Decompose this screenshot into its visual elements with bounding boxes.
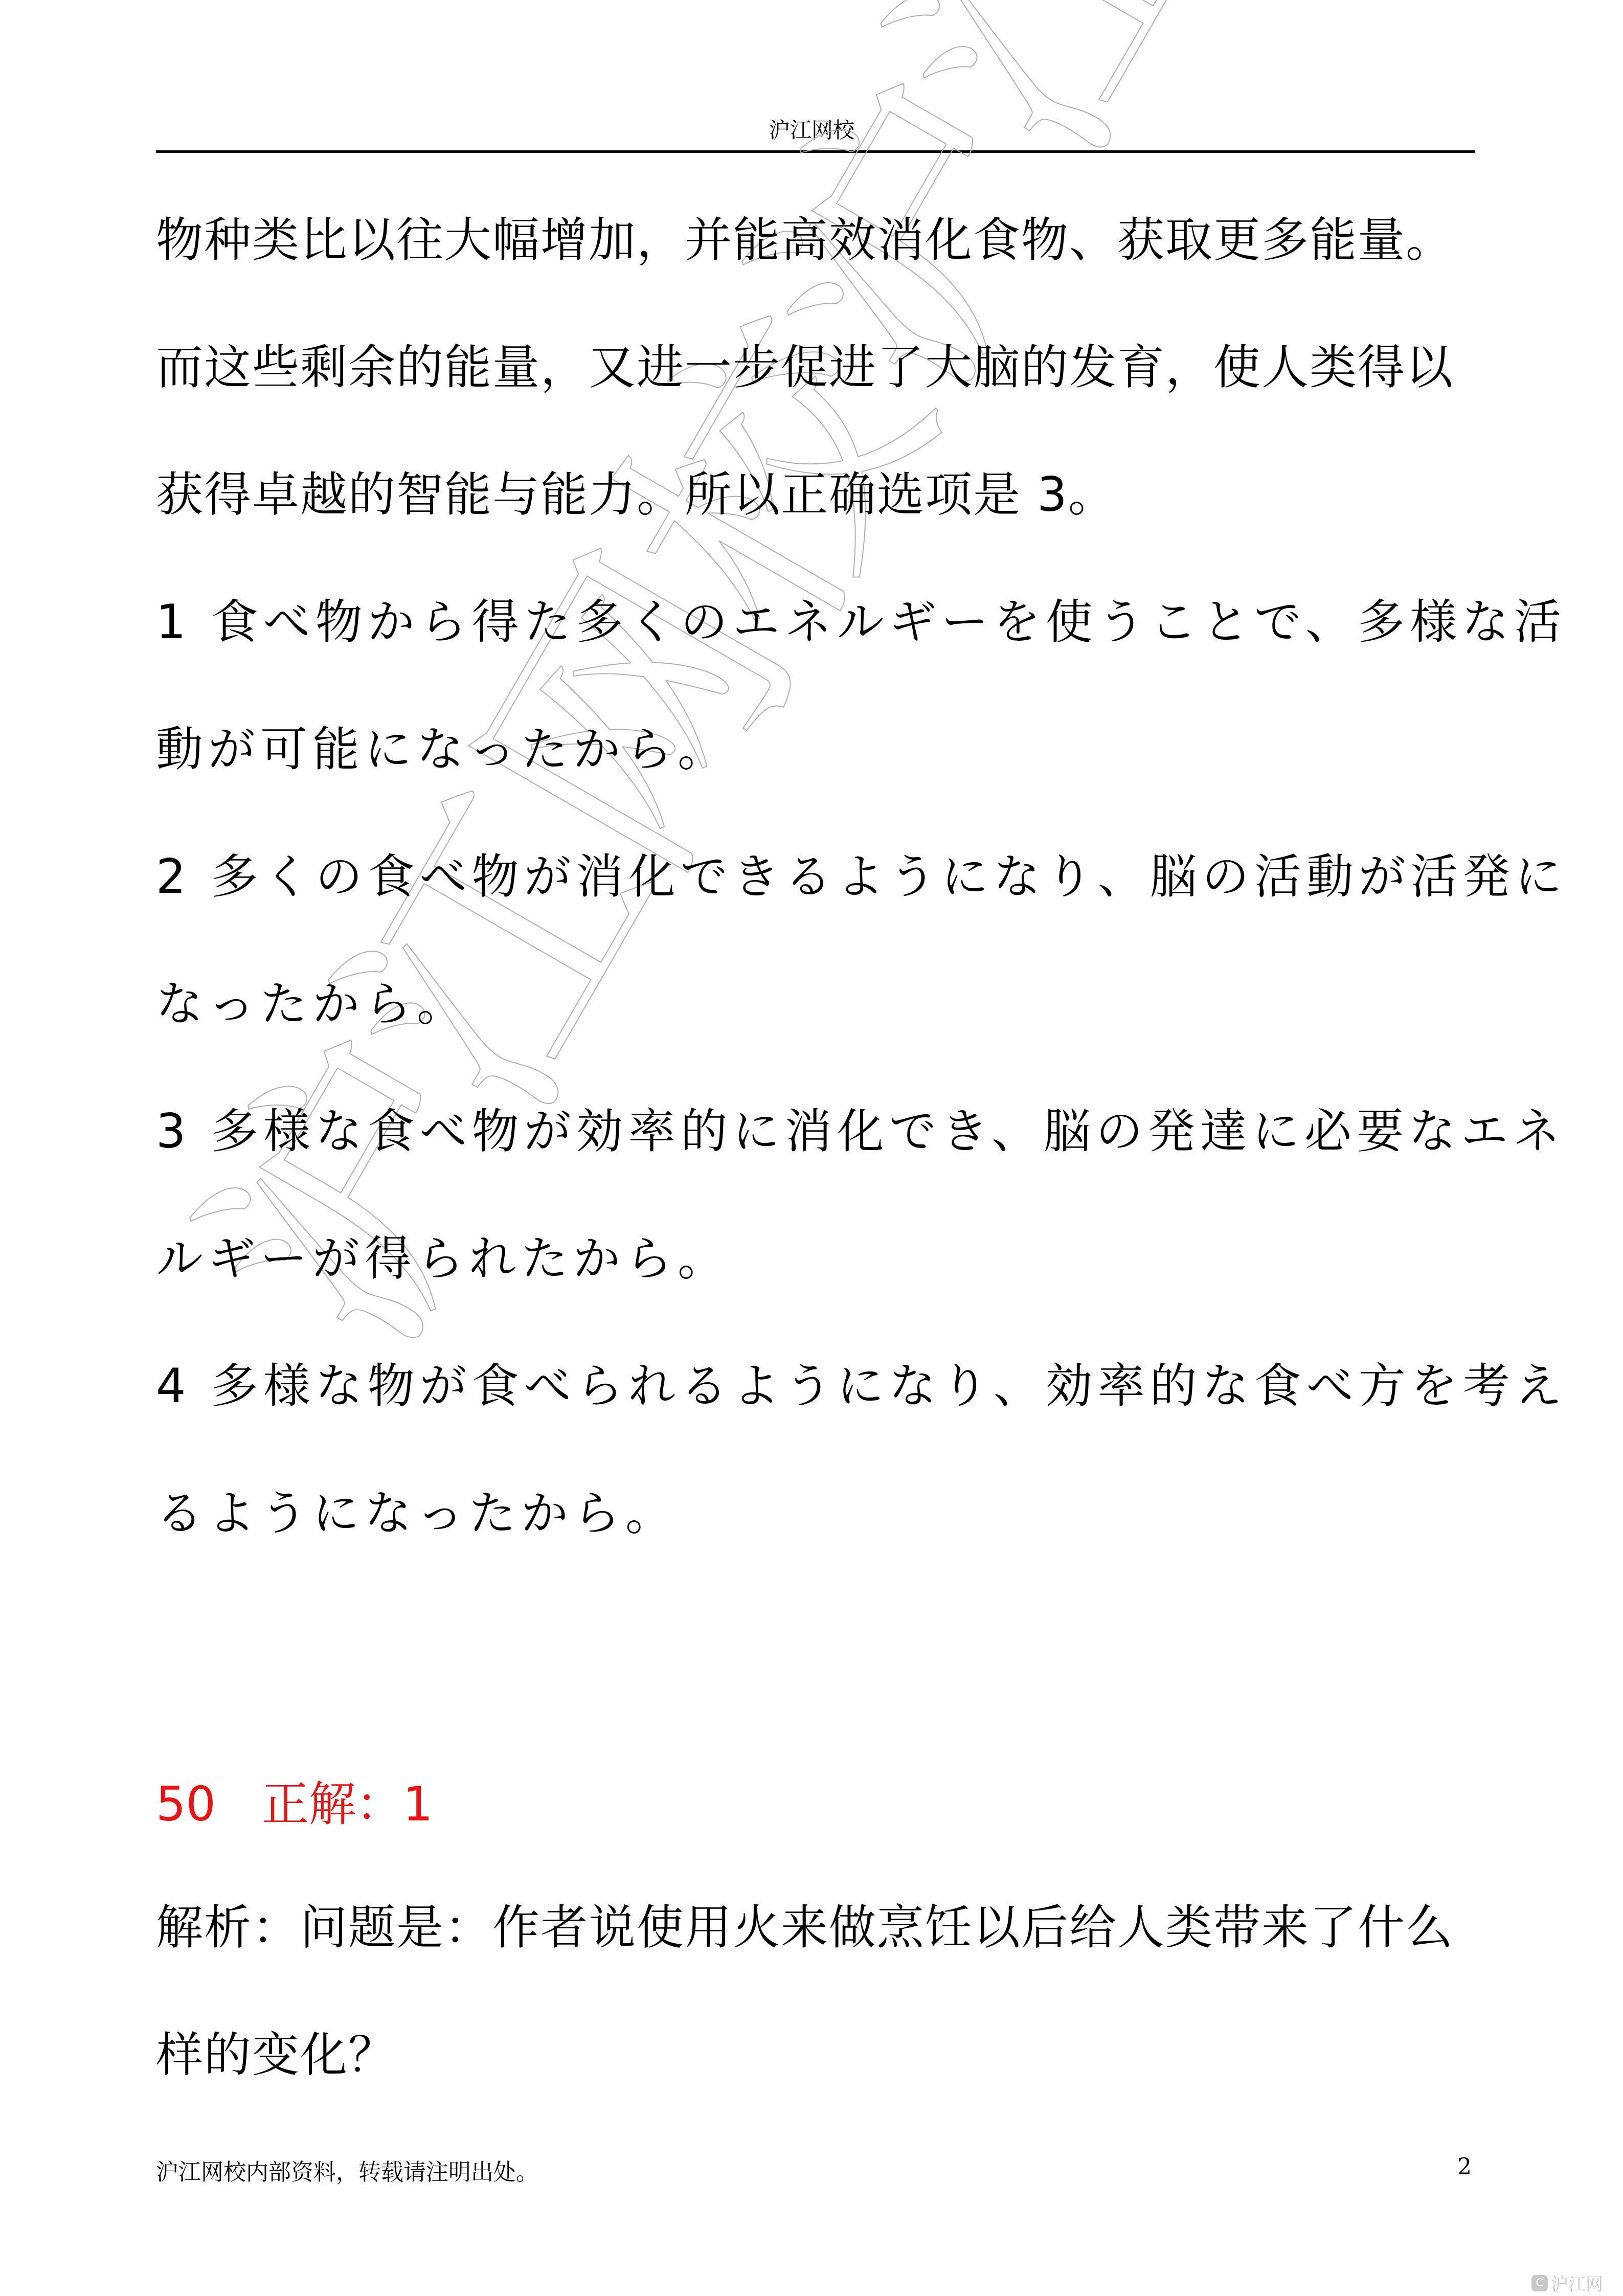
option-1-line: 動が可能になったから。 <box>156 724 1485 775</box>
analysis-line: 解析：问题是：作者说使用火来做烹饪以后给人类带来了什么 <box>156 1902 1485 1953</box>
analysis-section: 解析：问题是：作者说使用火来做烹饪以后给人类带来了什么 样的变化？ <box>156 1902 1485 2157</box>
logo-icon: C <box>1531 2275 1548 2291</box>
option-4-line: 4 多様な物が食べられるようになり、効率的な食べ方を考え <box>156 1361 1485 1412</box>
text-line: 获得卓越的智能与能力。所以正确选项是 3。 <box>156 469 1485 521</box>
option-3-line: ルギーが得られたから。 <box>156 1233 1485 1285</box>
corner-logo: C 沪江网 <box>1531 2270 1603 2295</box>
option-2-line: 2 多くの食べ物が消化できるようになり、脳の活動が活発に <box>156 851 1485 903</box>
header-divider <box>156 150 1475 153</box>
page-number: 2 <box>1457 2154 1472 2180</box>
logo-text: 沪江网 <box>1551 2270 1603 2295</box>
option-3-line: 3 多様な食べ物が効率的に消化でき、脳の発達に必要なエネ <box>156 1106 1485 1157</box>
text-line: 物种类比以往大幅增加，并能高效消化食物、获取更多能量。 <box>156 215 1485 266</box>
question-number: 50 <box>156 1777 216 1832</box>
analysis-line: 样的变化？ <box>156 2030 1485 2081</box>
document-body: 物种类比以往大幅增加，并能高效消化食物、获取更多能量。 而这些剩余的能量，又进一… <box>156 215 1485 1615</box>
header-title: 沪江网校 <box>0 114 1623 144</box>
footer-note: 沪江网校内部资料，转载请注明出处。 <box>156 2154 538 2187</box>
answer-label: 正解：1 <box>262 1777 433 1832</box>
answer-heading: 50正解：1 <box>156 1767 433 1834</box>
text-line: 而这些剩余的能量，又进一步促进了大脑的发育，使人类得以 <box>156 342 1485 393</box>
option-4-line: るようになったから。 <box>156 1488 1485 1539</box>
option-2-line: なったから。 <box>156 979 1485 1030</box>
option-1-line: 1 食べ物から得た多くのエネルギーを使うことで、多様な活 <box>156 597 1485 648</box>
